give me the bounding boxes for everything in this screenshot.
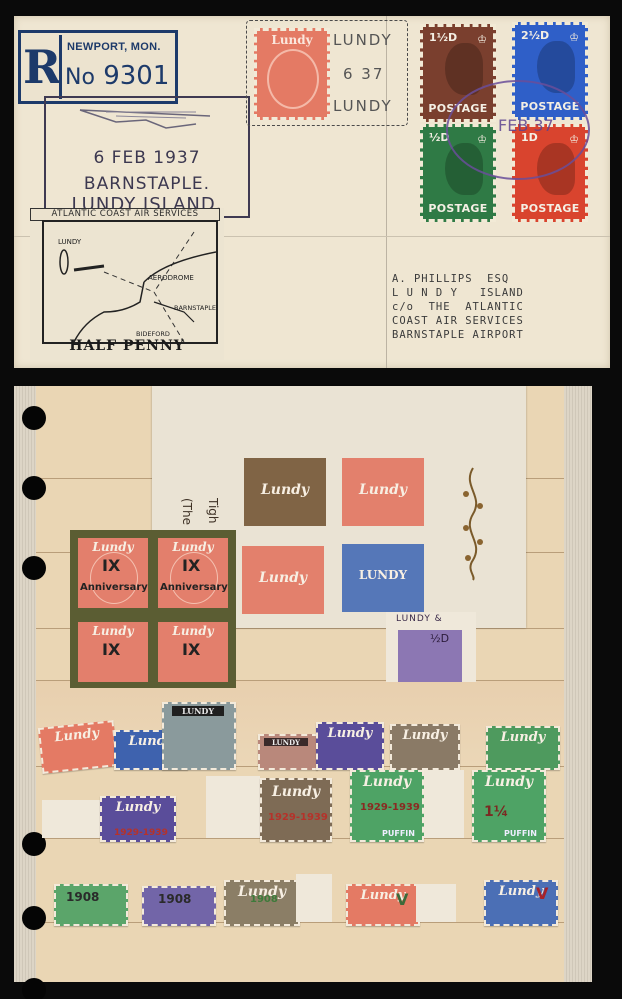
svg-text:BARNSTAPLE: BARNSTAPLE bbox=[174, 304, 216, 312]
registration-letter: R bbox=[23, 35, 62, 99]
lundy-surcharge-stamp: Lundy1¼PUFFIN bbox=[472, 770, 546, 842]
vignette-value: HALF PENNY bbox=[30, 338, 224, 354]
lundy-1908-stamp: 1908 bbox=[142, 886, 216, 926]
registered-newport-postmark: FEB 37 bbox=[446, 80, 590, 180]
binder-hole bbox=[22, 978, 46, 999]
lundy-stamp: Lundy bbox=[390, 724, 460, 770]
sheet-margin bbox=[206, 776, 260, 838]
crown-icon: ♔ bbox=[477, 33, 487, 46]
sheet-stamp-brown: Lundy bbox=[244, 458, 326, 526]
lundy-stamp: Lundy bbox=[316, 722, 384, 770]
lundy-stamp: Lundy bbox=[38, 720, 118, 774]
king-portrait bbox=[445, 43, 483, 95]
crown-icon: ♔ bbox=[569, 31, 579, 44]
binder-hole bbox=[22, 556, 46, 580]
lundy-stamp: LUNDY bbox=[258, 734, 318, 770]
sheet-margin bbox=[416, 884, 456, 922]
lundy-1908-stamp: Lundy1908 bbox=[224, 880, 300, 926]
anniversary-stamp: LundyIXAnniversary bbox=[78, 538, 148, 608]
sheet-margin bbox=[42, 800, 100, 838]
flight-cachet: 6 FEB 1937 BARNSTAPLE. LUNDY ISLAND. bbox=[44, 96, 250, 218]
ix-anniversary-block-of-four: LundyIXAnniversary LundyIXAnniversary Lu… bbox=[70, 530, 236, 688]
sheet-margin bbox=[296, 874, 332, 922]
registration-label: R NEWPORT, MON. No 9301 bbox=[18, 30, 178, 104]
cachet-date: 6 FEB 1937 bbox=[46, 148, 248, 168]
decorative-scroll-ornament bbox=[458, 466, 488, 582]
lundy-puffin-stamp: LUNDY bbox=[162, 702, 236, 770]
registration-number: No 9301 bbox=[65, 61, 169, 91]
anniversary-stamp: LundyIX bbox=[158, 622, 228, 682]
route-map: LUNDY AERODROME BARNSTAPLE BIDEFORD bbox=[42, 220, 218, 344]
cachet-line-2: BARNSTAPLE. bbox=[46, 174, 248, 194]
lundy-1908-stamp: 1908 bbox=[54, 884, 128, 926]
anniversary-stamp: LundyIXAnniversary bbox=[158, 538, 228, 608]
svg-text:AERODROME: AERODROME bbox=[148, 274, 194, 282]
sheet-side-text: Tigh bbox=[206, 498, 220, 524]
puffin-portrait bbox=[267, 49, 319, 109]
svg-text:BIDEFORD: BIDEFORD bbox=[136, 330, 170, 338]
map-illustration: LUNDY AERODROME BARNSTAPLE BIDEFORD bbox=[44, 222, 216, 342]
lundy-1929-1939-stamp: Lundy1929-1939PUFFIN bbox=[350, 770, 424, 842]
lundy-stamp: Lundy bbox=[486, 726, 560, 770]
right-hinge bbox=[564, 386, 592, 982]
sheet-side-text: (The bbox=[180, 498, 194, 525]
binder-hole bbox=[22, 906, 46, 930]
address-block: A. PHILLIPS ESQL U N D Y ISLANDc/o THE A… bbox=[392, 272, 524, 342]
registration-office: NEWPORT, MON. bbox=[67, 41, 161, 53]
anniversary-stamp: LundyIX bbox=[78, 622, 148, 682]
lundy-v-overprint-stamp: LundyV bbox=[484, 880, 558, 926]
lundy-atlantic-air-lines-stamp: LUNDY & ½D bbox=[386, 612, 476, 682]
sheet-stamp-blue: LUNDY bbox=[342, 544, 424, 612]
binder-hole bbox=[22, 476, 46, 500]
binder-hole bbox=[22, 406, 46, 430]
sheet-stamp-red: Lundy bbox=[342, 458, 424, 526]
sheet-margin bbox=[424, 770, 464, 838]
svg-text:LUNDY: LUNDY bbox=[58, 238, 82, 246]
lundy-1929-1939-stamp: Lundy1929-1939 bbox=[100, 796, 176, 842]
lundy-v-overprint-stamp: LundyV bbox=[346, 884, 420, 926]
aircraft-wing-icon bbox=[76, 106, 216, 136]
lundy-puffin-stamp: Lundy bbox=[254, 28, 330, 120]
lundy-1929-1939-stamp: Lundy1929-1939 bbox=[260, 778, 332, 842]
sheet-stamp-red: Lundy bbox=[242, 546, 324, 614]
